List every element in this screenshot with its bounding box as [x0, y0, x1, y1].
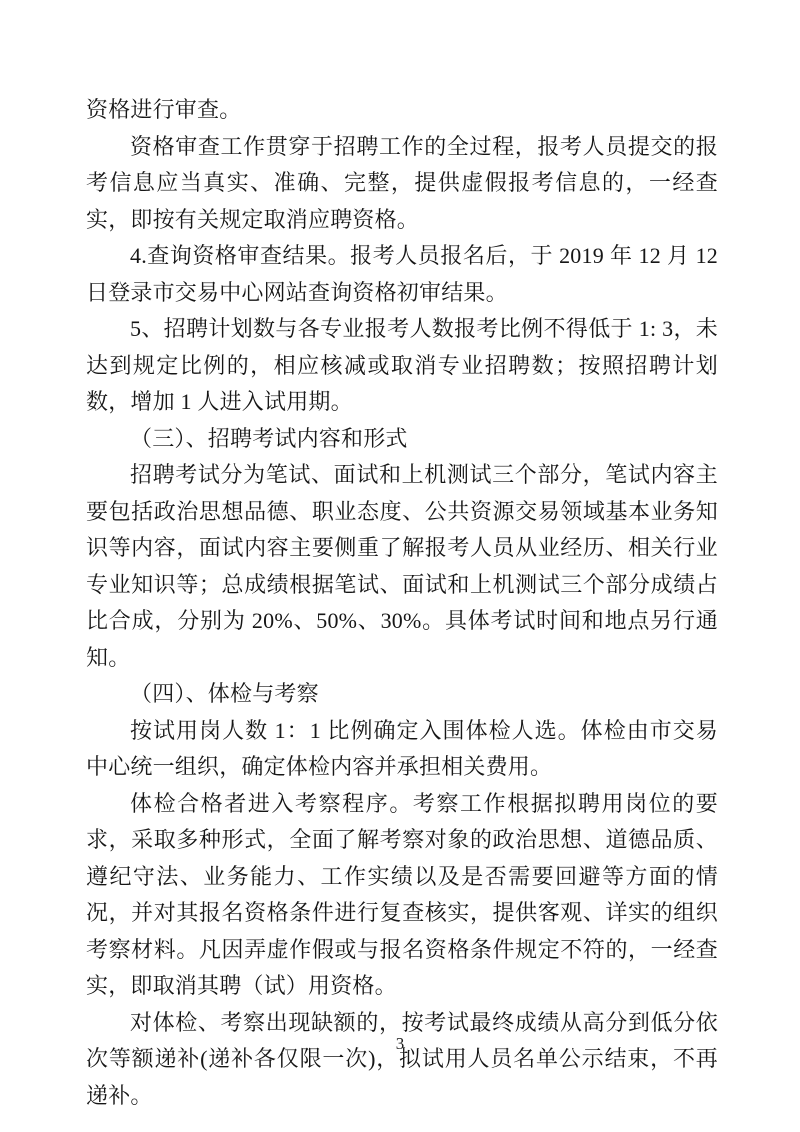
section-heading-4-physical-exam: （四）、体检与考察 — [86, 676, 718, 713]
paragraph-qualification-review: 资格审查工作贯穿于招聘工作的全过程，报考人员提交的报考信息应当真实、准确、完整，… — [86, 129, 718, 239]
document-body-text: 资格进行审查。 资格审查工作贯穿于招聘工作的全过程，报考人员提交的报考信息应当真… — [86, 92, 718, 1114]
page-number: 3 — [0, 1034, 800, 1054]
document-page: 资格进行审查。 资格审查工作贯穿于招聘工作的全过程，报考人员提交的报考信息应当真… — [0, 0, 800, 1132]
paragraph-continuation: 资格进行审查。 — [86, 92, 718, 129]
paragraph-inspection: 体检合格者进入考察程序。考察工作根据拟聘用岗位的要求，采取多种形式，全面了解考察… — [86, 786, 718, 1005]
paragraph-replacement: 对体检、考察出现缺额的，按考试最终成绩从高分到低分依次等额递补(递补各仅限一次)… — [86, 1005, 718, 1115]
paragraph-item-5-ratio: 5、招聘计划数与各专业报考人数报考比例不得低于 1: 3，未达到规定比例的，相应… — [86, 311, 718, 421]
paragraph-physical-exam: 按试用岗人数 1：1 比例确定入围体检人选。体检由市交易中心统一组织，确定体检内… — [86, 713, 718, 786]
paragraph-exam-details: 招聘考试分为笔试、面试和上机测试三个部分，笔试内容主要包括政治思想品德、职业态度… — [86, 457, 718, 676]
paragraph-item-4-query-result: 4.查询资格审查结果。报考人员报名后，于 2019 年 12 月 12 日登录市… — [86, 238, 718, 311]
section-heading-3-exam-content: （三）、招聘考试内容和形式 — [86, 421, 718, 458]
